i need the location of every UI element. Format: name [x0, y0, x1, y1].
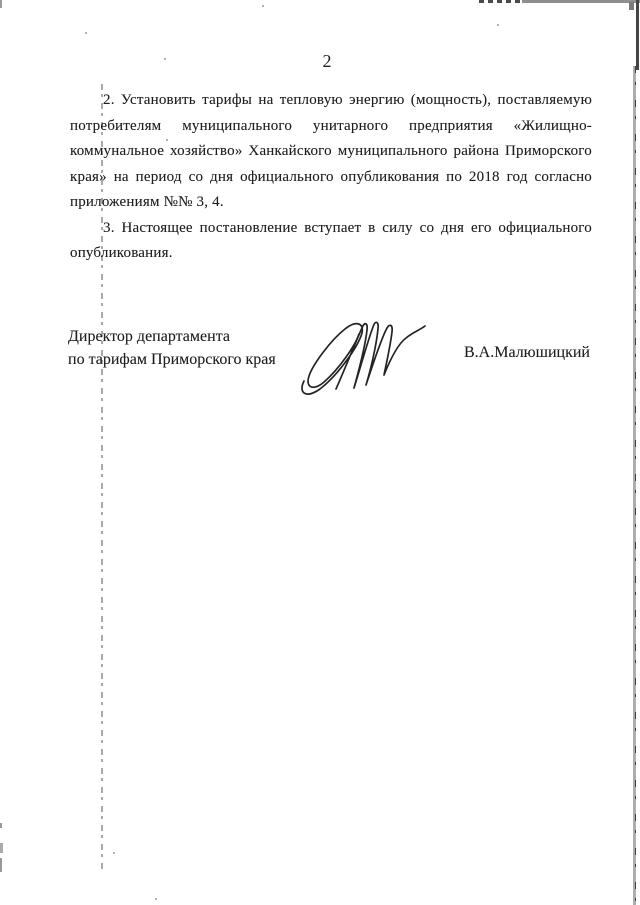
- scan-speck: [164, 58, 166, 60]
- signatory-title-line2: по тарифам Приморского края: [68, 349, 276, 372]
- scan-artifact-top-notch: [629, 2, 634, 10]
- scan-artifact-right-border-dark: [636, 0, 639, 70]
- scan-edge-mark: [0, 843, 3, 853]
- scan-speck: [155, 898, 157, 900]
- scan-artifact-right-border-dashes: [635, 66, 637, 905]
- scan-edge-mark: [0, 0, 2, 8]
- document-body: 2. Установить тарифы на тепловую энергию…: [70, 88, 592, 267]
- text-line: опубликования.: [70, 241, 592, 267]
- text-line: края» на период со дня официального опуб…: [70, 165, 592, 191]
- scan-speck: [497, 24, 499, 26]
- signatory-name: В.А.Малюшицкий: [464, 343, 590, 363]
- scan-edge-mark: [0, 858, 2, 872]
- scan-speck: [85, 32, 87, 34]
- scan-artifact-top-line: [522, 0, 640, 3]
- text-line: потребителям муниципального унитарного п…: [70, 114, 592, 140]
- signatory-title-line1: Директор департамента: [68, 326, 276, 349]
- scan-speck: [113, 852, 115, 854]
- scan-speck: [262, 5, 264, 7]
- page-number: 2: [312, 50, 342, 72]
- signatory-title: Директор департамента по тарифам Приморс…: [68, 326, 276, 371]
- text-line: коммунальное хозяйство» Ханкайского муни…: [70, 139, 592, 165]
- text-line: 2. Установить тарифы на тепловую энергию…: [70, 88, 592, 114]
- scan-edge-mark: [0, 823, 2, 828]
- scanned-document-page: 2 2. Установить тарифы на тепловую энерг…: [0, 0, 640, 905]
- handwritten-signature-icon: [296, 315, 428, 401]
- text-line: 3. Настоящее постановление вступает в си…: [70, 216, 592, 242]
- scan-artifact-top-dashes: [479, 0, 525, 3]
- text-line: приложениям №№ 3, 4.: [70, 190, 592, 216]
